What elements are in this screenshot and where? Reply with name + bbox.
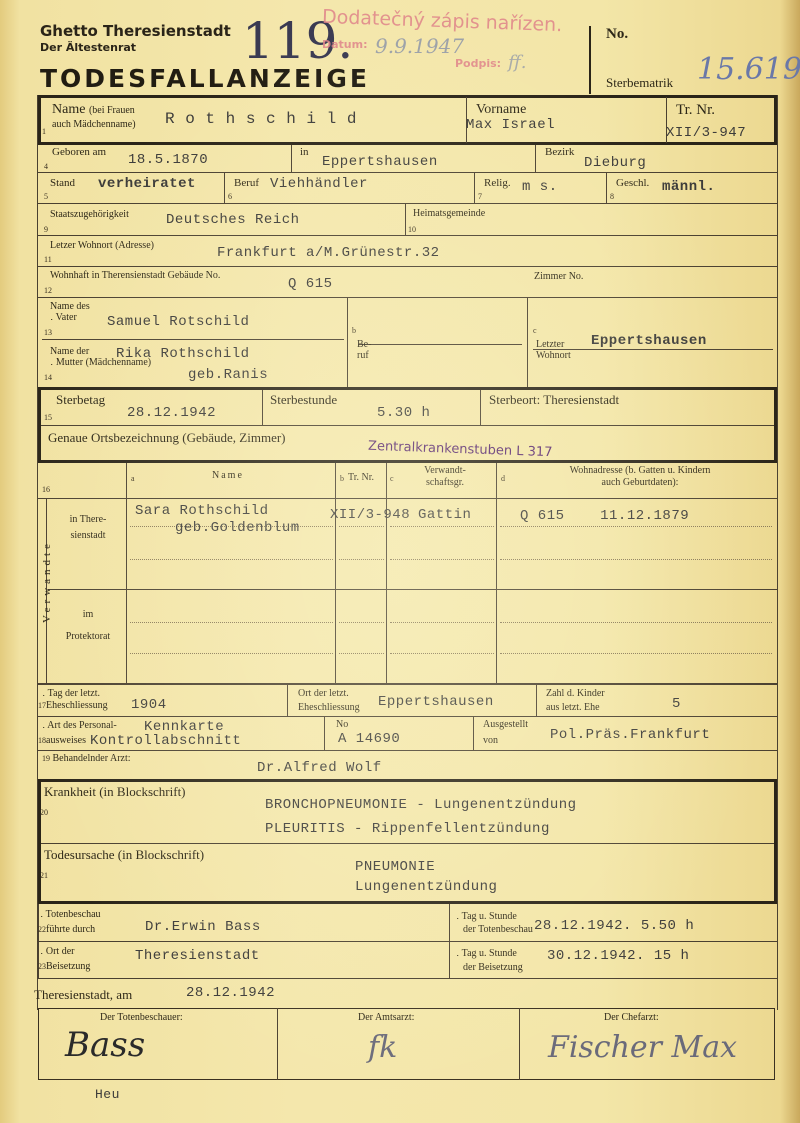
sig-amtsarzt: fk	[368, 1030, 397, 1065]
col-name-header: Name	[212, 470, 244, 482]
parent-beruf-label: Be-	[357, 339, 371, 351]
relative-maiden-name: geb.Goldenblum	[175, 520, 300, 536]
vorname-label: Vorname	[476, 102, 526, 118]
sig-chefarzt-label: Der Chefarzt:	[604, 1012, 659, 1024]
id-number-value: A 14690	[338, 731, 400, 747]
cause-label: Todesursache (in Blockschrift)	[44, 847, 204, 863]
issued-by-label: Ausgestellt	[483, 719, 528, 731]
cause-value-1: PNEUMONIE	[355, 859, 435, 875]
sterbeort-label: Sterbeort: Theresienstadt	[489, 392, 619, 408]
burial-time-label: ․ Tag u. Stunde	[456, 948, 517, 960]
marriage-date-label: ․ Tag der letzt.	[42, 688, 100, 700]
marriage-place-value: Eppertshausen	[378, 694, 494, 710]
geschl-label: Geschl.	[616, 177, 649, 190]
stamp-podpis-value: ff.	[508, 52, 526, 73]
issued-by-value: Pol.Präs.Frankfurt	[550, 727, 710, 743]
ortsbezeichnung-label: Genaue Ortsbezeichnung (Gebäude, Zimmer)	[48, 430, 286, 446]
sterbematrik-label: Sterbematrik	[606, 75, 673, 91]
marriage-place-label: Ort der letzt.	[298, 688, 349, 700]
col-verwandt-header: Verwandt-schaftsgr.	[395, 465, 495, 488]
stamp-datum-label: Datum:	[322, 38, 368, 51]
relig-value: m s.	[522, 179, 558, 195]
col-wohnadresse-header: Wohnadresse (b. Gatten u. Kindernauch Ge…	[505, 465, 775, 488]
address-label: Letzer Wohnort (Adresse)	[50, 240, 154, 252]
geboren-label: Geboren am	[52, 146, 106, 159]
sterbematrik-value: 15.619	[697, 52, 800, 87]
surname-value: R o t h s c h i l d	[165, 110, 357, 128]
group-theresienstadt-label: in There-sienstadt	[52, 512, 124, 544]
birthplace-value: Eppertshausen	[322, 154, 438, 170]
col-trnr-header: Tr. Nr.	[348, 472, 374, 484]
sig-chefarzt: Fischer Max	[548, 1030, 737, 1065]
beruf-value: Viehhändler	[270, 176, 368, 192]
name-label: Name (bei Frauen	[52, 102, 135, 118]
place-date-label: Theresienstadt, am	[34, 987, 132, 1003]
doctor-label: 19 Behandelnder Arzt:	[42, 753, 131, 765]
citizenship-value: Deutsches Reich	[166, 212, 300, 228]
id-type-value-2: Kontrollabschnitt	[90, 733, 241, 749]
relative-name: Sara Rothschild	[135, 503, 269, 519]
sig-totenbeschauer: Bass	[65, 1025, 145, 1065]
id-type-label: ․ Art des Personal-	[42, 720, 117, 732]
stamp-podpis-label: Podpis:	[455, 57, 501, 70]
cause-value-2: Lungenentzündung	[355, 879, 497, 895]
place-date-value: 28.12.1942	[186, 985, 275, 1001]
parent-wohnort-label: Letzter	[536, 339, 564, 351]
burial-time-value: 30.12.1942. 15 h	[547, 948, 689, 964]
citizenship-label: Staatszugehörigkeit	[50, 209, 129, 221]
vater-value: Samuel Rotschild	[107, 314, 249, 330]
vorname-value: Max Israel	[466, 117, 555, 133]
sterbestunde-value: 5.30 h	[377, 405, 430, 421]
relative-relation: Gattin	[418, 507, 471, 523]
residence-value: Q 615	[288, 276, 333, 292]
beruf-label: Beruf	[234, 177, 259, 190]
sterbetag-value: 28.12.1942	[127, 405, 216, 421]
illness-label: Krankheit (in Blockschrift)	[44, 784, 186, 800]
czech-stamp: Dodatečný zápis nařízen.	[322, 6, 563, 36]
address-value: Frankfurt a/M.Grünestr.32	[217, 245, 440, 261]
vater-label: Name des	[50, 301, 90, 313]
heimat-label: Heimatsgemeinde	[413, 208, 485, 220]
geboren-value: 18.5.1870	[128, 152, 208, 168]
doctor-value: Dr.Alfred Wolf	[257, 760, 382, 776]
inspection-time-value: 28.12.1942. 5.50 h	[534, 918, 694, 934]
inspection-time-label: ․ Tag u. Stunde	[456, 911, 517, 923]
relig-label: Relig.	[484, 177, 511, 190]
document-page: Ghetto Theresienstadt Der Ältestenrat TO…	[0, 0, 800, 1123]
zimmer-label: Zimmer No.	[534, 271, 583, 283]
marriage-date-value: 1904	[131, 697, 167, 713]
sig-amtsarzt-label: Der Amtsarzt:	[358, 1012, 414, 1024]
trnr-value: XII/3-947	[666, 125, 746, 141]
illness-value-1: BRONCHOPNEUMONIE - Lungenentzündung	[265, 797, 577, 813]
id-number-label: No	[336, 719, 348, 731]
inspection-label: ․ Totenbeschau	[40, 909, 101, 921]
relative-trnr: XII/3-948	[330, 507, 410, 523]
org-sub-name: Der Ältestenrat	[40, 41, 136, 54]
sterbestunde-label: Sterbestunde	[270, 392, 337, 408]
mutter-label: Name der	[50, 346, 89, 358]
burial-label: ․ Ort der	[40, 946, 74, 958]
no-label: No.	[606, 26, 628, 43]
trnr-label: Tr. Nr.	[676, 102, 715, 119]
geschl-value: männl.	[662, 179, 715, 195]
relative-address: Q 615 11.12.1879	[520, 508, 689, 524]
sig-totenbeschauer-label: Der Totenbeschauer:	[100, 1012, 183, 1024]
residence-label: Wohnhaft in Therensienstadt Gebäude No.	[50, 270, 220, 282]
burial-place-value: Theresienstadt	[135, 948, 260, 964]
stand-label: Stand	[50, 177, 75, 190]
name-sub-label: auch Mädchenname)	[52, 119, 136, 131]
in-label: in	[300, 146, 309, 159]
stamp-datum-value: 9.9.1947	[375, 34, 464, 58]
illness-value-2: PLEURITIS - Rippenfellentzündung	[265, 821, 550, 837]
typist-initials: Heu	[95, 1087, 120, 1102]
org-name: Ghetto Theresienstadt	[40, 22, 231, 40]
bezirk-value: Dieburg	[584, 155, 646, 171]
mutter-value: Rika Rothschild	[116, 346, 250, 362]
group-protektorat-label: imProtektorat	[52, 604, 124, 648]
sterbetag-label: Sterbetag	[56, 392, 105, 408]
stand-value: verheiratet	[98, 176, 196, 192]
inspection-value: Dr.Erwin Bass	[145, 919, 261, 935]
mutter-maiden-value: geb.Ranis	[188, 367, 268, 383]
parent-wohnort-value: Eppertshausen	[591, 333, 707, 349]
children-value: 5	[672, 696, 681, 712]
bezirk-label: Bezirk	[545, 146, 574, 159]
children-label: Zahl d. Kinder	[546, 688, 605, 700]
